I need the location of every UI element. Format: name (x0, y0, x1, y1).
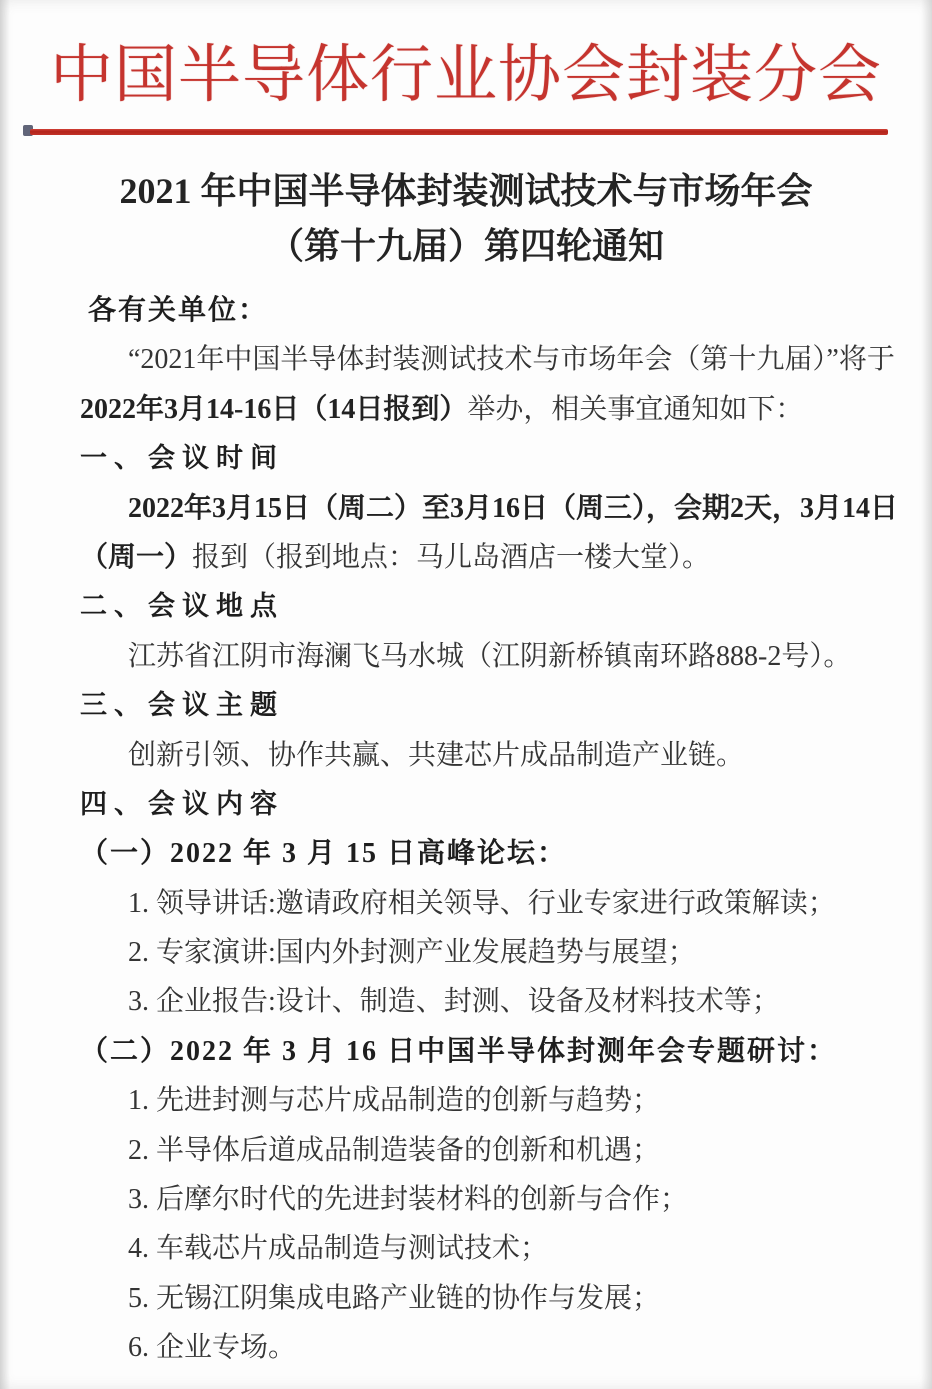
sub2-item-6: 6. 企业专场。 (80, 1323, 902, 1372)
notice-title-line1: 2021 年中国半导体封装测试技术与市场年会 (0, 164, 932, 219)
sub1-item-1: 1. 领导讲话:邀请政府相关领导、行业专家进行政策解读； (80, 879, 902, 928)
intro-paragraph-line2: 2022年3月14-16日（14日报到）举办，相关事宜通知如下： (80, 385, 902, 434)
section4-heading: 四、会议内容 (80, 780, 902, 829)
section1-monday-bold: （周一） (80, 542, 192, 573)
sub2-item-5: 5. 无锡江阴集成电路产业链的协作与发展； (80, 1274, 902, 1323)
salutation: 各有关单位： (80, 286, 902, 335)
intro-line2-rest: 举办，相关事宜通知如下： (467, 394, 803, 425)
notice-document-page: 中国半导体行业协会封装分会 2021 年中国半导体封装测试技术与市场年会 （第十… (0, 0, 932, 1389)
section1-registration-line: （周一）报到（报到地点：马儿岛酒店一楼大堂）。 (80, 533, 902, 582)
sub2-item-4: 4. 车载芯片成品制造与测试技术； (80, 1224, 902, 1273)
section1-registration-rest: 报到（报到地点：马儿岛酒店一楼大堂）。 (192, 542, 710, 573)
sub1-item-3: 3. 企业报告:设计、制造、封测、设备及材料技术等； (80, 977, 902, 1026)
section3-theme-line: 创新引领、协作共赢、共建芯片成品制造产业链。 (80, 731, 902, 780)
sub2-item-1: 1. 先进封测与芯片成品制造的创新与趋势； (80, 1076, 902, 1125)
sub2-item-2: 2. 半导体后道成品制造装备的创新和机遇； (80, 1126, 902, 1175)
association-name-header: 中国半导体行业协会封装分会 (0, 34, 932, 116)
intro-paragraph-line1: “2021年中国半导体封装测试技术与市场年会（第十九届）”将于 (80, 335, 902, 384)
section1-heading: 一、会议时间 (80, 434, 902, 483)
section2-venue-line: 江苏省江阴市海澜飞马水城（江阴新桥镇南环路888-2号）。 (80, 632, 902, 681)
sub2-item-3: 3. 后摩尔时代的先进封装材料的创新与合作； (80, 1175, 902, 1224)
intro-dates-bold: 2022年3月14-16日（14日报到） (80, 394, 467, 425)
sub1-item-2: 2. 专家演讲:国内外封测产业发展趋势与展望； (80, 928, 902, 977)
section2-heading: 二、会议地点 (80, 582, 902, 631)
section4-sub2-heading: （二）2022 年 3 月 16 日中国半导体封测年会专题研讨： (80, 1027, 902, 1076)
header-divider-rule (30, 129, 888, 135)
section3-heading: 三、会议主题 (80, 681, 902, 730)
notice-title-line2: （第十九届）第四轮通知 (0, 219, 932, 274)
section1-dates-line: 2022年3月15日（周二）至3月16日（周三），会期2天，3月14日 (80, 484, 902, 533)
notice-body: 各有关单位： “2021年中国半导体封装测试技术与市场年会（第十九届）”将于 2… (80, 286, 902, 1373)
section4-sub1-heading: （一）2022 年 3 月 15 日高峰论坛： (80, 829, 902, 878)
notice-title: 2021 年中国半导体封装测试技术与市场年会 （第十九届）第四轮通知 (0, 164, 932, 274)
